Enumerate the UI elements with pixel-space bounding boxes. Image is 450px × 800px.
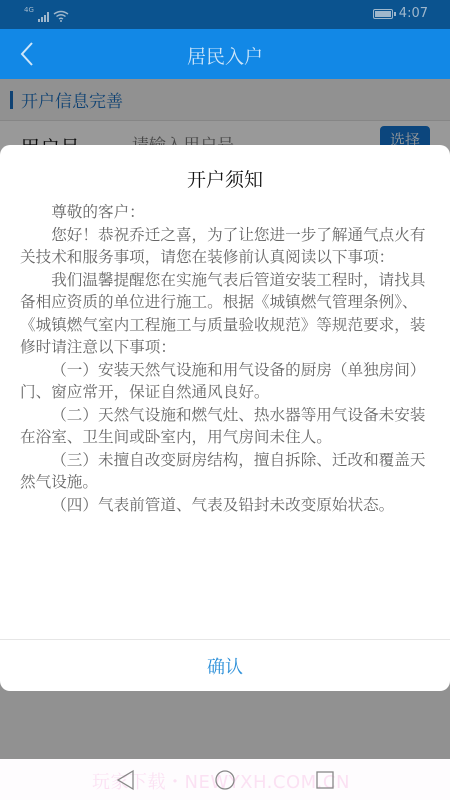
paragraph-item-4: （四）气表前管道、气表及铅封未改变原始状态。 — [20, 494, 432, 517]
status-right: 4:07 — [373, 6, 428, 21]
greeting-text: 尊敬的客户： — [20, 201, 432, 224]
back-triangle-icon[interactable] — [113, 767, 139, 793]
scroll-fade — [0, 607, 450, 627]
paragraph-item-1: （一）安装天然气设施和用气设备的厨房（单独房间）门、窗应常开，保证自然通风良好。 — [20, 359, 432, 404]
app-bar: 居民入户 — [0, 29, 450, 79]
dialog-body[interactable]: 尊敬的客户： 您好！恭祝乔迁之喜，为了让您进一步了解通气点火有关技术和服务事项，… — [20, 201, 432, 623]
dialog-title: 开户须知 — [0, 165, 450, 192]
paragraph-item-3: （三）未擅自改变厨房结构，擅自拆除、迁改和覆盖天然气设施。 — [20, 449, 432, 494]
status-bar: 4G 4:07 — [0, 0, 450, 29]
battery-icon — [373, 9, 393, 19]
paragraph-reminder: 我们温馨提醒您在实施气表后管道安装工程时，请找具备相应资质的单位进行施工。根据《… — [20, 269, 432, 359]
clock: 4:07 — [399, 6, 428, 21]
signal-icon — [38, 12, 49, 22]
home-circle-icon[interactable] — [212, 767, 238, 793]
system-nav-bar: 玩家下载・NEWYXH.COM.CN — [0, 759, 450, 800]
page-title: 居民入户 — [0, 42, 450, 69]
network-type: 4G — [24, 6, 34, 14]
paragraph-item-2: （二）天然气设施和燃气灶、热水器等用气设备未安装在浴室、卫生间或卧室内，用气房间… — [20, 404, 432, 449]
notice-dialog: 开户须知 尊敬的客户： 您好！恭祝乔迁之喜，为了让您进一步了解通气点火有关技术和… — [0, 145, 450, 691]
paragraph-intro: 您好！恭祝乔迁之喜，为了让您进一步了解通气点火有关技术和服务事项，请您在装修前认… — [20, 224, 432, 269]
status-left: 4G — [24, 6, 69, 22]
confirm-button[interactable]: 确认 — [0, 640, 450, 691]
recents-square-icon[interactable] — [312, 767, 338, 793]
wifi-icon — [53, 10, 69, 22]
